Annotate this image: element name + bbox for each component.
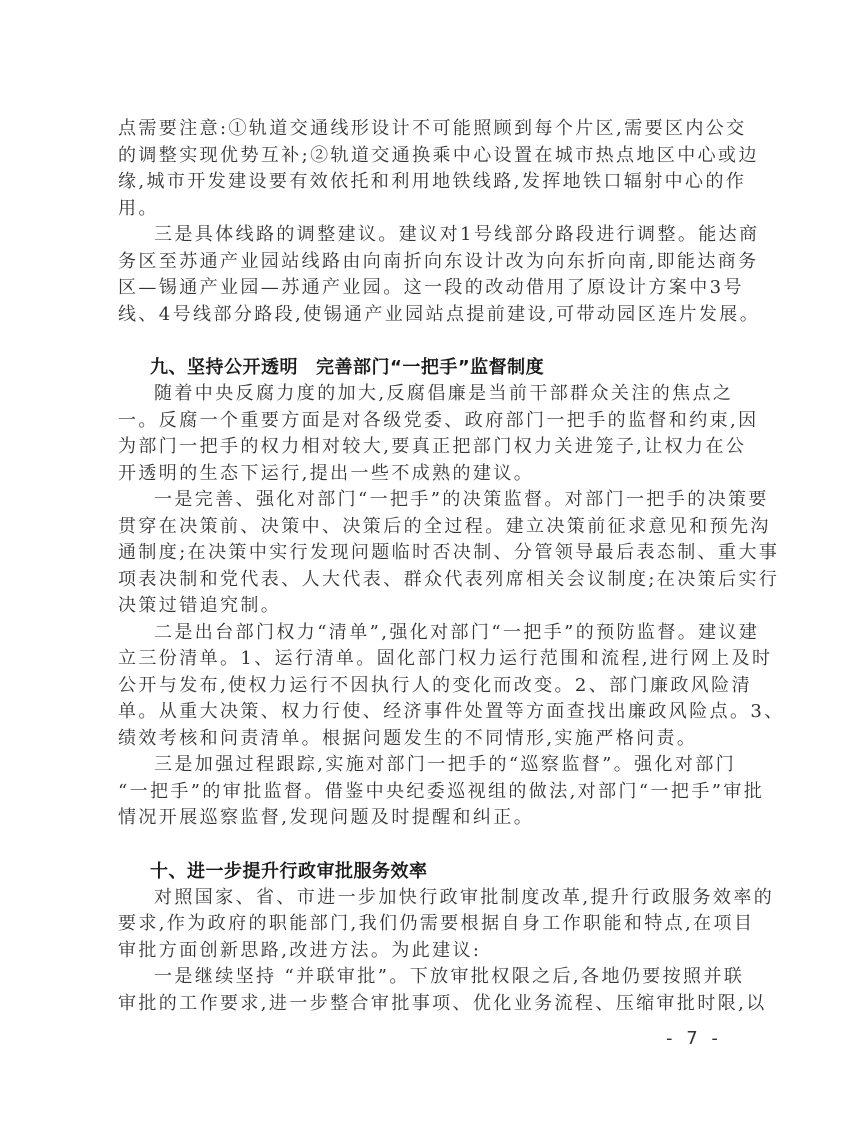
text-line: 立三份清单。1、运行清单。固化部门权力运行范围和流程,进行网上及时	[118, 646, 730, 673]
text-line: 随着中央反腐力度的加大,反腐倡廉是当前干部群众关注的焦点之	[118, 381, 730, 408]
text-line: 贯穿在决策前、决策中、决策后的全过程。建立决策前征求意见和预先沟	[118, 514, 730, 541]
heading-part-a: 九、坚持公开透明	[150, 357, 298, 378]
paragraph-anticorruption-intro: 随着中央反腐力度的加大,反腐倡廉是当前干部群众关注的焦点之 一。反腐一个重要方面…	[118, 381, 730, 487]
text-line: 二是出台部门权力“清单”,强化对部门“一把手”的预防监督。建议建	[118, 620, 730, 647]
text-line: 一是继续坚持 “并联审批”。下放审批权限之后,各地仍要按照并联	[118, 964, 730, 991]
text-line: 三是加强过程跟踪,实施对部门一把手的“巡察监督”。强化对部门	[118, 752, 730, 779]
text-line: 开透明的生态下运行,提出一些不成熟的建议。	[118, 461, 730, 488]
text-line: 公开与发布,使权力运行不因执行人的变化而改变。2、部门廉政风险清	[118, 673, 730, 700]
text-line: 对照国家、省、市进一步加快行政审批制度改革,提升行政服务效率的	[118, 885, 730, 912]
paragraph-decision-supervision: 一是完善、强化对部门“一把手”的决策监督。对部门一把手的决策要 贯穿在决策前、决…	[118, 487, 730, 620]
text-line: 区—锡通产业园—苏通产业园。这一段的改动借用了原设计方案中3号	[118, 275, 730, 302]
text-line: 审批的工作要求,进一步整合审批事项、优化业务流程、压缩审批时限,以	[118, 991, 730, 1018]
text-line: 单。从重大决策、权力行使、经济事件处置等方面查找出廉政风险点。3、	[118, 699, 730, 726]
text-line: 点需要注意:①轨道交通线形设计不可能照顾到每个片区,需要区内公交	[118, 116, 730, 143]
text-line: 情况开展巡察监督,发现问题及时提醒和纠正。	[118, 805, 730, 832]
text-line: 要求,作为政府的职能部门,我们仍需要根据自身工作职能和特点,在项目	[118, 911, 730, 938]
text-line: 缘,城市开发建设要有效依托和利用地铁线路,发挥地铁口辐射中心的作	[118, 169, 730, 196]
paragraph-parallel-approval: 一是继续坚持 “并联审批”。下放审批权限之后,各地仍要按照并联 审批的工作要求,…	[118, 964, 730, 1017]
text-line: 的调整实现优势互补;②轨道交通换乘中心设置在城市热点地区中心或边	[118, 143, 730, 170]
text-line: 一是完善、强化对部门“一把手”的决策监督。对部门一把手的决策要	[118, 487, 730, 514]
paragraph-rail-notes: 点需要注意:①轨道交通线形设计不可能照顾到每个片区,需要区内公交 的调整实现优势…	[118, 116, 730, 222]
text-line: 通制度;在决策中实行发现问题临时否决制、分管领导最后表态制、重大事	[118, 540, 730, 567]
document-page: 点需要注意:①轨道交通线形设计不可能照顾到每个片区,需要区内公交 的调整实现优势…	[0, 0, 850, 1146]
text-line: 一。反腐一个重要方面是对各级党委、政府部门一把手的监督和约束,因	[118, 408, 730, 435]
heading-part-a: 十、进一步提升行政审批服务效率	[150, 861, 428, 882]
heading-part-b: 完善部门“一把手”监督制度	[316, 357, 544, 378]
paragraph-line-adjustment: 三是具体线路的调整建议。建议对1号线部分路段进行调整。能达商 务区至苏通产业园站…	[118, 222, 730, 328]
text-line: 三是具体线路的调整建议。建议对1号线部分路段进行调整。能达商	[118, 222, 730, 249]
text-line: 用。	[118, 196, 730, 223]
paragraph-inspection-supervision: 三是加强过程跟踪,实施对部门一把手的“巡察监督”。强化对部门 “一把手”的审批监…	[118, 752, 730, 832]
text-line: 绩效考核和问责清单。根据问题发生的不同情形,实施严格问责。	[118, 726, 730, 753]
text-line: 决策过错追究制。	[118, 593, 730, 620]
text-line: 审批方面创新思路,改进方法。为此建议:	[118, 938, 730, 965]
page-number: - 7 -	[666, 1028, 722, 1049]
text-line: 务区至苏通产业园站线路由向南折向东设计改为向东折向南,即能达商务	[118, 249, 730, 276]
section-heading-9: 九、坚持公开透明完善部门“一把手”监督制度	[118, 354, 730, 381]
paragraph-approval-intro: 对照国家、省、市进一步加快行政审批制度改革,提升行政服务效率的 要求,作为政府的…	[118, 885, 730, 965]
paragraph-power-lists: 二是出台部门权力“清单”,强化对部门“一把手”的预防监督。建议建 立三份清单。1…	[118, 620, 730, 753]
text-line: “一把手”的审批监督。借鉴中央纪委巡视组的做法,对部门“一把手”审批	[118, 779, 730, 806]
section-heading-10: 十、进一步提升行政审批服务效率	[118, 858, 730, 885]
text-line: 为部门一把手的权力相对较大,要真正把部门权力关进笼子,让权力在公	[118, 434, 730, 461]
document-body: 点需要注意:①轨道交通线形设计不可能照顾到每个片区,需要区内公交 的调整实现优势…	[118, 116, 730, 1017]
text-line: 线、4号线部分路段,使锡通产业园站点提前建设,可带动园区连片发展。	[118, 302, 730, 329]
text-line: 项表决制和党代表、人大代表、群众代表列席相关会议制度;在决策后实行	[118, 567, 730, 594]
